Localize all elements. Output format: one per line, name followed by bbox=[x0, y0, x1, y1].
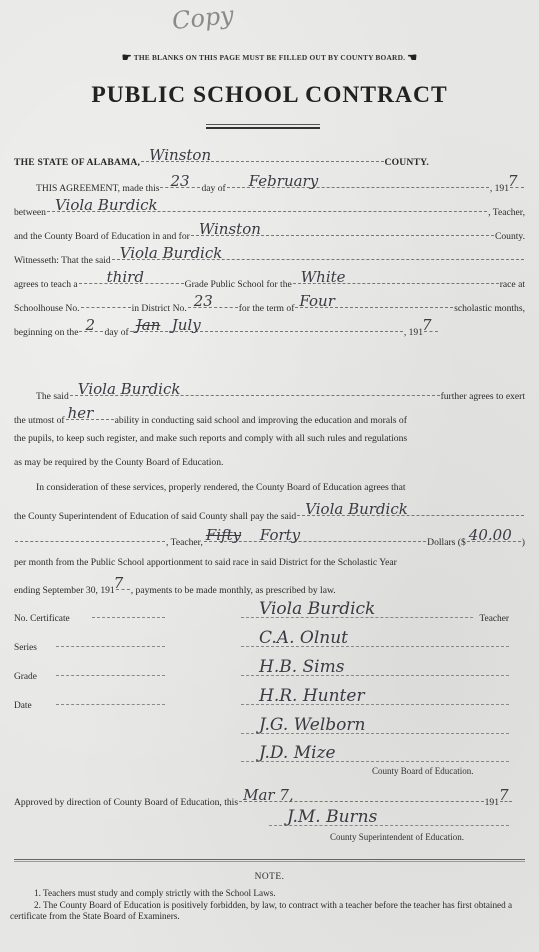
payment-line-1: In consideration of these services, prop… bbox=[14, 476, 525, 500]
duties-teacher-value: Viola Burdick bbox=[78, 380, 181, 398]
pointing-hand-left-icon: ☚ bbox=[407, 52, 417, 64]
board-caption: County Board of Education. bbox=[372, 766, 473, 776]
board-county-label: County. bbox=[495, 228, 525, 246]
board-signature-5: J.D. Mize bbox=[259, 743, 336, 763]
teacher-suffix: Teacher bbox=[479, 614, 509, 624]
approval-line: Approved by direction of County Board of… bbox=[14, 790, 513, 808]
amount-struck: Fifty bbox=[206, 526, 241, 544]
title-divider bbox=[206, 124, 320, 129]
begin-month-value: July bbox=[172, 316, 201, 334]
year-value: 7 bbox=[508, 172, 518, 190]
teach-label: agrees to teach a bbox=[14, 276, 78, 294]
board-county-field[interactable]: Winston bbox=[191, 221, 494, 236]
pointing-hand-right-icon: ☛ bbox=[122, 52, 132, 64]
instruction-notice: ☛ THE BLANKS ON THIS PAGE MUST BE FILLED… bbox=[0, 51, 539, 64]
payment-blank[interactable] bbox=[15, 527, 165, 542]
board-line: and the County Board of Education in and… bbox=[14, 224, 525, 242]
witness-teacher-value: Viola Burdick bbox=[120, 244, 223, 262]
begin-day-value: 2 bbox=[85, 316, 95, 334]
payment-line-3: , Teacher, Fifty Forty Dollars ($ 40.00 … bbox=[14, 530, 525, 548]
schoolhouse-label: Schoolhouse No. bbox=[14, 300, 80, 318]
board-signature-2: H.B. Sims bbox=[259, 657, 344, 677]
board-signature-line-3[interactable]: H.R. Hunter bbox=[241, 692, 509, 705]
cert-date-label: Date bbox=[14, 701, 56, 711]
term-value: Four bbox=[299, 292, 334, 310]
board-row-4: J.G. Welborn bbox=[14, 724, 509, 742]
county-label: COUNTY. bbox=[385, 154, 430, 172]
begin-day-field[interactable]: 2 bbox=[79, 317, 103, 332]
between-line: between Viola Burdick , Teacher, bbox=[14, 200, 525, 218]
note-item: 2. The County Board of Education is posi… bbox=[10, 900, 525, 923]
notice-text: THE BLANKS ON THIS PAGE MUST BE FILLED O… bbox=[134, 53, 405, 62]
district-value: 23 bbox=[194, 292, 213, 310]
day-field[interactable]: 23 bbox=[160, 173, 200, 188]
teacher-name-field[interactable]: Viola Burdick bbox=[47, 197, 487, 212]
superintendent-signature-line[interactable]: J.M. Burns bbox=[269, 813, 509, 826]
state-county-line: THE STATE OF ALABAMA, Winston COUNTY. bbox=[14, 150, 429, 168]
approval-label: Approved by direction of County Board of… bbox=[14, 794, 238, 812]
begin-year-value: 7 bbox=[422, 316, 432, 334]
teacher-signature-line[interactable]: Viola Burdick bbox=[241, 605, 473, 618]
term-label: for the term of bbox=[239, 300, 295, 318]
approval-year-value: 7 bbox=[499, 786, 509, 804]
payment-line-2: the County Superintendent of Education o… bbox=[14, 504, 525, 522]
ending-rest: , payments to be made monthly, as prescr… bbox=[131, 582, 336, 600]
amount-words-field[interactable]: Fifty Forty bbox=[204, 527, 426, 542]
teacher-signature: Viola Burdick bbox=[259, 599, 375, 619]
cert-grade-label: Grade bbox=[14, 672, 56, 682]
payment-teacher-value: Viola Burdick bbox=[305, 500, 408, 518]
witnesseth-line: Witnesseth: That the said Viola Burdick bbox=[14, 248, 525, 266]
day-label: day of bbox=[201, 180, 225, 198]
grade-value: third bbox=[107, 268, 144, 286]
dollars-label: Dollars ($ bbox=[427, 534, 466, 552]
ending-year-value: 7 bbox=[114, 574, 124, 592]
superintendent-caption: County Superintendent of Education. bbox=[330, 832, 464, 842]
year-field[interactable]: 7 bbox=[510, 173, 524, 188]
duties-line-2: the utmost of her ability in conducting … bbox=[14, 408, 525, 426]
payment-line-5: ending September 30, 191 7 , payments to… bbox=[14, 578, 525, 596]
note-body: 1. Teachers must study and comply strict… bbox=[10, 888, 525, 923]
county-value: Winston bbox=[149, 146, 211, 164]
series-label: Series bbox=[14, 643, 56, 653]
teacher-name-value: Viola Burdick bbox=[55, 196, 158, 214]
witness-teacher-field[interactable]: Viola Burdick bbox=[112, 245, 524, 260]
certificate-row: No. Certificate Viola Burdick Teacher bbox=[14, 608, 509, 626]
begin-month-struck: Jan bbox=[136, 316, 161, 334]
certificate-label: No. Certificate bbox=[14, 614, 92, 624]
schoolhouse-field[interactable] bbox=[81, 293, 131, 308]
board-signature-3: H.R. Hunter bbox=[259, 686, 365, 706]
pronoun-value: her bbox=[68, 404, 94, 422]
date-row: Date H.R. Hunter bbox=[14, 695, 509, 713]
witnesseth-label: Witnesseth: That the said bbox=[14, 252, 111, 270]
page-title: PUBLIC SCHOOL CONTRACT bbox=[0, 82, 539, 109]
begin-day-label: day of bbox=[104, 324, 128, 342]
duties-line-3: the pupils, to keep such register, and m… bbox=[14, 427, 525, 451]
teacher-label: , Teacher, bbox=[488, 204, 525, 222]
begin-month-field[interactable]: Jan July bbox=[130, 317, 403, 332]
race-value: White bbox=[301, 268, 346, 286]
approval-year-field[interactable]: 7 bbox=[500, 787, 512, 802]
day-value: 23 bbox=[170, 172, 189, 190]
board-signature-line-4[interactable]: J.G. Welborn bbox=[241, 721, 509, 734]
note-title: NOTE. bbox=[0, 872, 539, 882]
pronoun-field[interactable]: her bbox=[66, 405, 114, 420]
grade-line: agrees to teach a third Grade Public Sch… bbox=[14, 272, 525, 290]
between-label: between bbox=[14, 204, 46, 222]
board-signature-1: C.A. Olnut bbox=[259, 628, 348, 648]
beginning-line: beginning on the 2 day of Jan July , 191… bbox=[14, 320, 439, 338]
series-field[interactable] bbox=[56, 634, 165, 647]
month-field[interactable]: February bbox=[227, 173, 489, 188]
state-label: THE STATE OF ALABAMA, bbox=[14, 154, 140, 172]
begin-year-field[interactable]: 7 bbox=[424, 317, 438, 332]
grade-row: Grade H.B. Sims bbox=[14, 666, 509, 684]
cert-date-field[interactable] bbox=[56, 692, 165, 705]
note-divider bbox=[14, 859, 525, 862]
payment-line-4: per month from the Public School apporti… bbox=[14, 551, 525, 575]
payment-teacher-label: , Teacher, bbox=[166, 534, 203, 552]
board-signature-line-2[interactable]: H.B. Sims bbox=[241, 663, 509, 676]
race-field[interactable]: White bbox=[293, 269, 499, 284]
approval-date-value: Mar 7, bbox=[243, 786, 294, 804]
board-signature-line-1[interactable]: C.A. Olnut bbox=[241, 634, 509, 647]
district-line: Schoolhouse No. in District No. 23 for t… bbox=[14, 296, 525, 314]
board-signature-4: J.G. Welborn bbox=[259, 715, 365, 735]
payment-prefix: the County Superintendent of Education o… bbox=[14, 508, 296, 526]
ending-year-field[interactable]: 7 bbox=[116, 575, 130, 590]
dollars-close: ) bbox=[522, 534, 525, 552]
board-signature-line-5[interactable]: J.D. Mize bbox=[241, 749, 509, 762]
month-value: February bbox=[249, 172, 319, 190]
said-label: The said bbox=[36, 388, 69, 406]
amount-words-value: Forty bbox=[260, 526, 300, 544]
race-label: race at bbox=[500, 276, 525, 294]
begin-year-prefix: , 191 bbox=[404, 324, 423, 342]
certificate-field[interactable] bbox=[92, 605, 165, 618]
further-label: further agrees to exert bbox=[441, 388, 525, 406]
agreement-date-line: THIS AGREEMENT, made this 23 day of Febr… bbox=[14, 176, 525, 194]
ending-prefix: ending September 30, 191 bbox=[14, 582, 115, 600]
duties-line-4: as may be required by the County Board o… bbox=[14, 451, 525, 475]
county-field[interactable]: Winston bbox=[141, 147, 383, 162]
grade-field[interactable]: third bbox=[79, 269, 184, 284]
payment-teacher-field[interactable]: Viola Burdick bbox=[297, 501, 524, 516]
term-field[interactable]: Four bbox=[295, 293, 453, 308]
board-county-value: Winston bbox=[199, 220, 261, 238]
amount-field[interactable]: 40.00 bbox=[467, 527, 521, 542]
superintendent-signature: J.M. Burns bbox=[287, 807, 377, 827]
duties-line-1: The said Viola Burdick further agrees to… bbox=[14, 384, 525, 402]
approval-year-prefix: 191 bbox=[485, 794, 499, 812]
cert-grade-field[interactable] bbox=[56, 663, 165, 676]
note-item: 1. Teachers must study and comply strict… bbox=[10, 888, 525, 900]
year-prefix: , 191 bbox=[490, 180, 509, 198]
duties-teacher-field[interactable]: Viola Burdick bbox=[70, 381, 440, 396]
series-row: Series C.A. Olnut bbox=[14, 637, 509, 655]
district-field[interactable]: 23 bbox=[188, 293, 238, 308]
copy-handwritten-mark: Copy bbox=[171, 1, 235, 35]
amount-value: 40.00 bbox=[469, 526, 512, 544]
term-suffix: scholastic months, bbox=[454, 300, 525, 318]
approval-date-field[interactable]: Mar 7, bbox=[239, 787, 484, 802]
begin-label: beginning on the bbox=[14, 324, 78, 342]
